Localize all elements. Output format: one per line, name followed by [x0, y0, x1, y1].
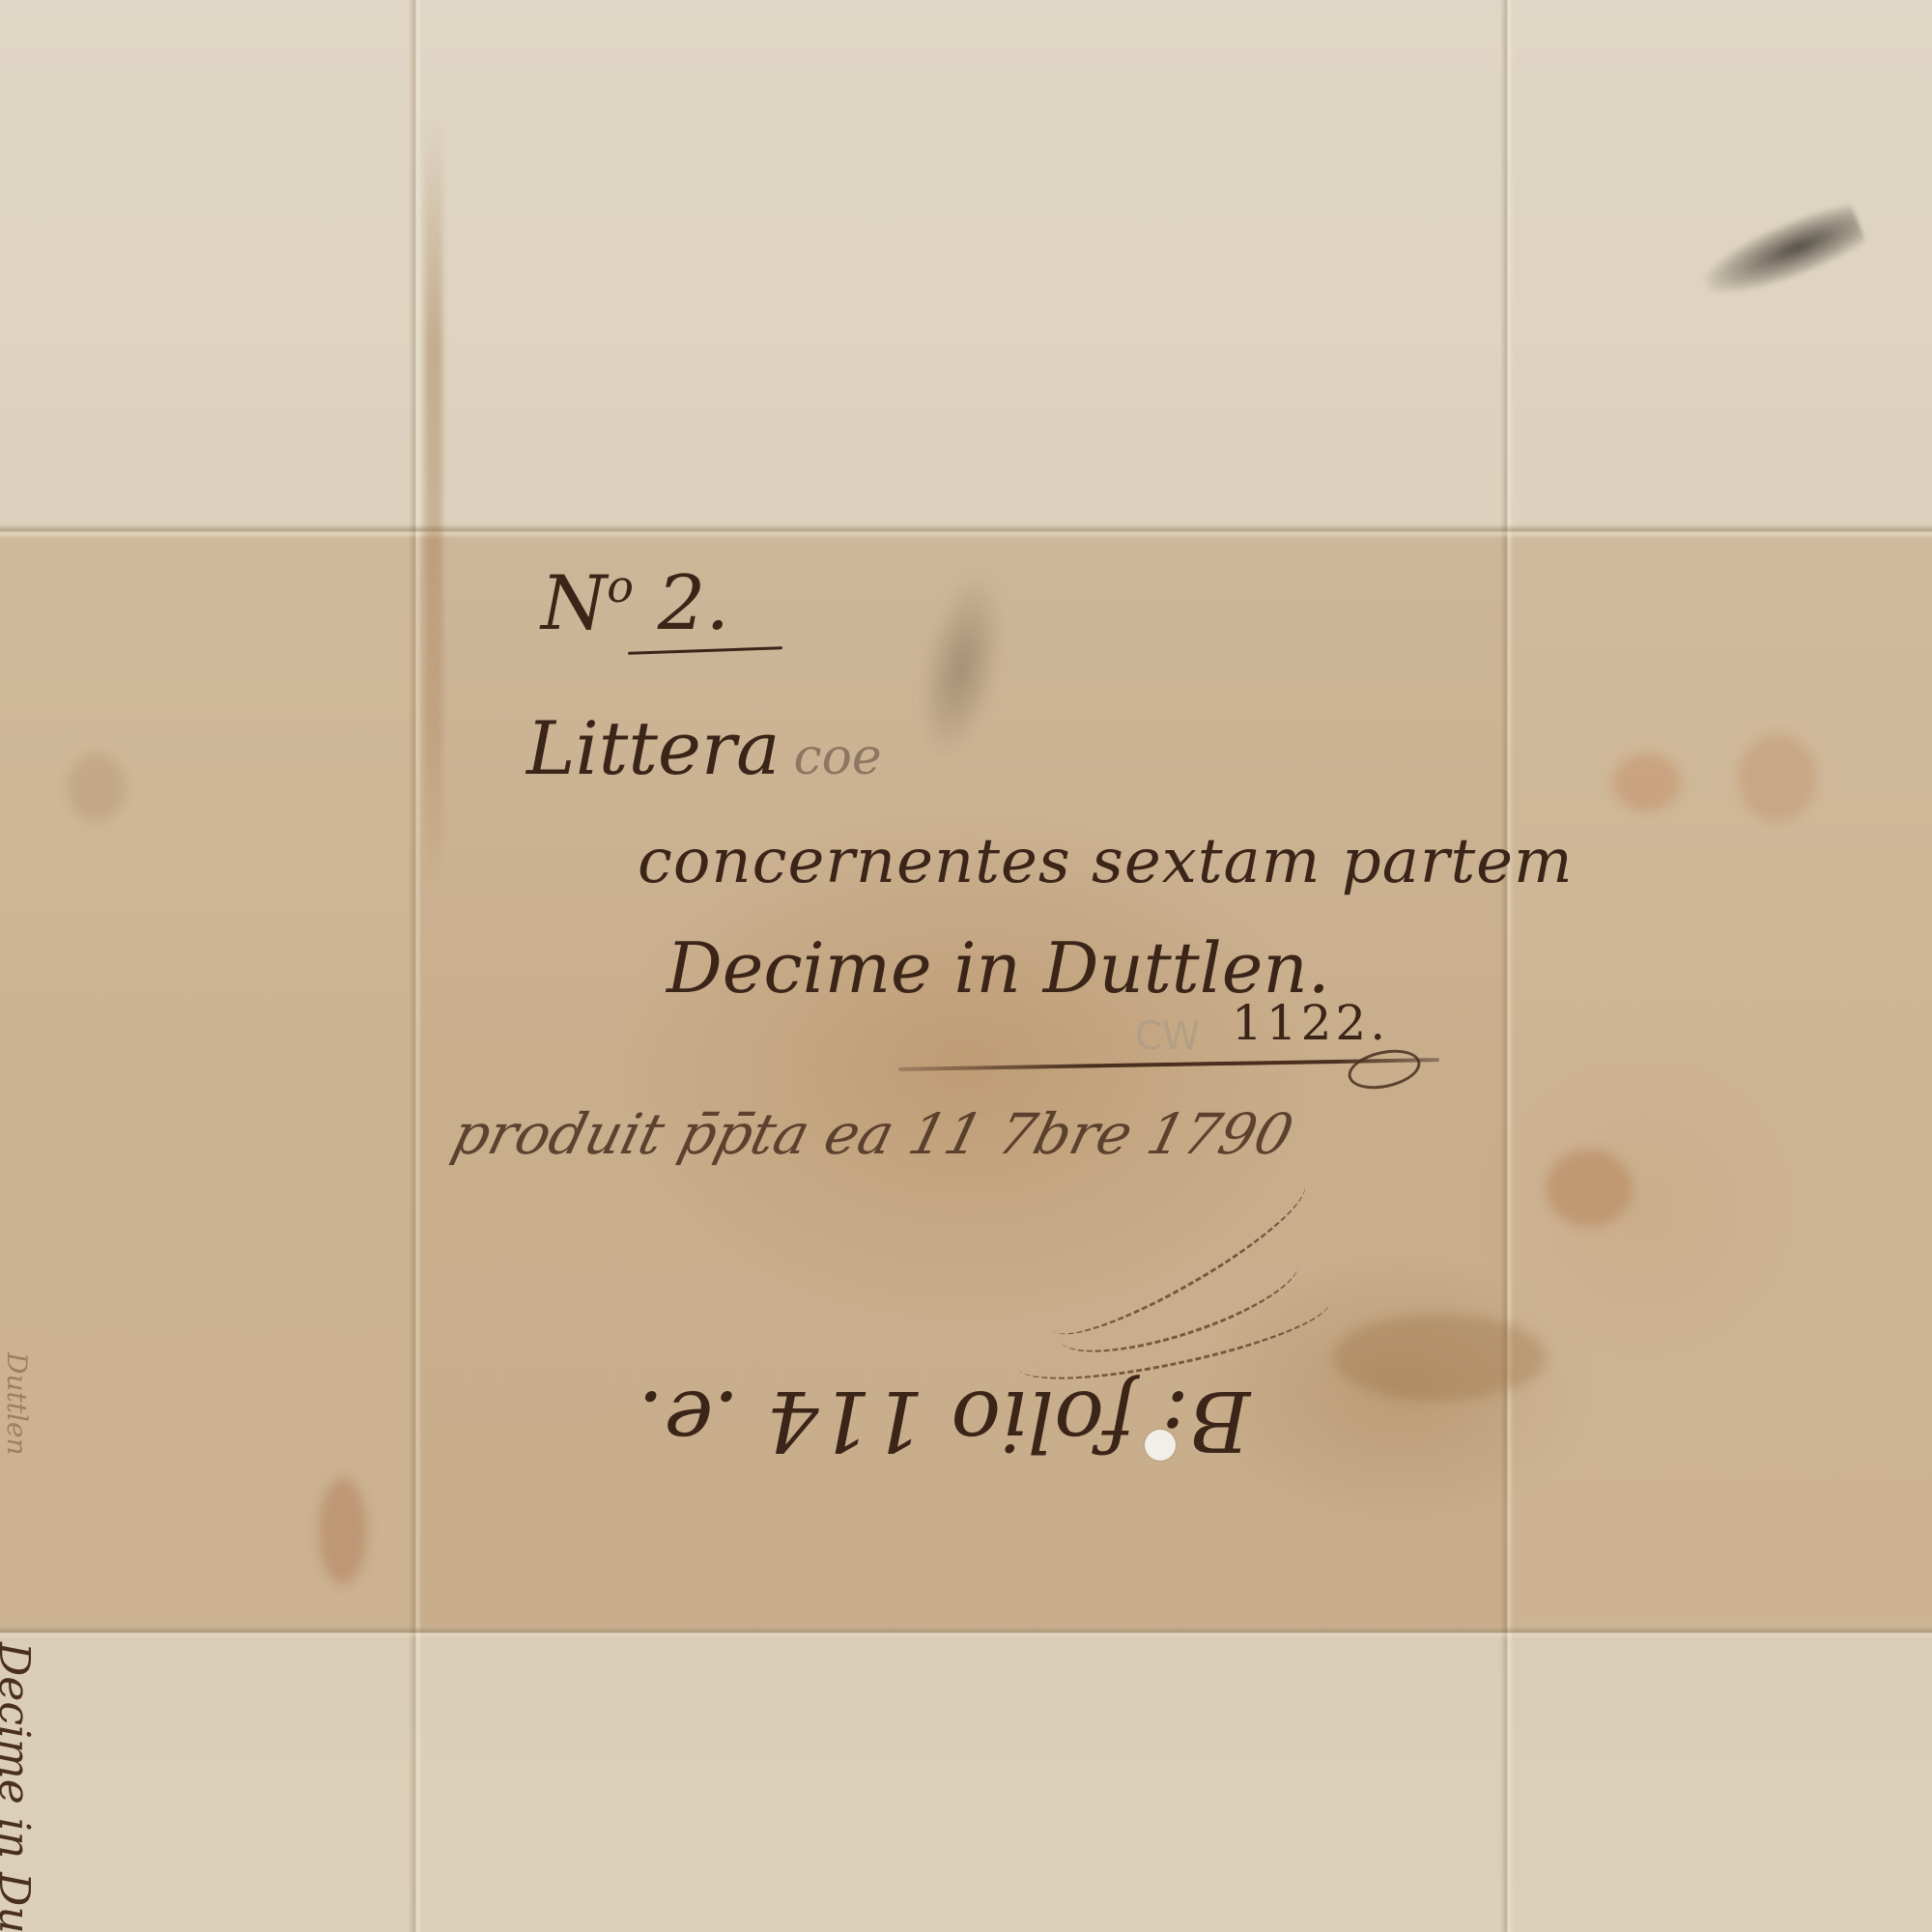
edge-note-faint: Duttlen [1, 1352, 33, 1456]
foxing-stain [1613, 753, 1681, 811]
foxing-stain [1546, 1150, 1633, 1227]
endorsement-line-3: Decime in Duttlen. [667, 927, 1330, 1009]
flourish-loop [1345, 1044, 1424, 1095]
foxing-stain [319, 1478, 367, 1584]
fold-panel-bottom [0, 1633, 1932, 1932]
crease-stain [425, 116, 442, 889]
pencil-initials: CW [1135, 1014, 1200, 1059]
horizontal-fold-crease-top [0, 525, 1932, 538]
endorsement-line-2: concernentes sextam partem [638, 826, 1574, 897]
parchment-document: No 2. Litteracoe concernentes sextam par… [0, 0, 1932, 1932]
endorsement-number: No 2. [541, 560, 729, 647]
vertical-fold-crease-right [1500, 0, 1514, 1932]
struck-text: coe [793, 728, 881, 786]
hole-in-parchment [1145, 1430, 1176, 1461]
foxing-stain [1739, 734, 1816, 821]
number-underline [628, 646, 782, 655]
horizontal-fold-crease-bottom [0, 1626, 1932, 1639]
edge-note-rotated: Decime in Du [0, 1642, 39, 1932]
water-stain [1333, 1314, 1546, 1401]
foxing-stain [68, 753, 126, 821]
fold-panel-left [0, 531, 415, 1633]
water-streak [903, 564, 1019, 769]
fold-panel-right [1507, 531, 1932, 1633]
production-note: produit p̄p̄ta ea 11 7bre 1790 [446, 1101, 1300, 1167]
endorsement-title-line: Litteracoe [526, 705, 882, 791]
endorsement-year: 1122. [1232, 995, 1389, 1051]
fold-panel-top [0, 0, 1932, 531]
signature [1014, 1207, 1333, 1372]
vertical-fold-crease-left [409, 0, 422, 1932]
